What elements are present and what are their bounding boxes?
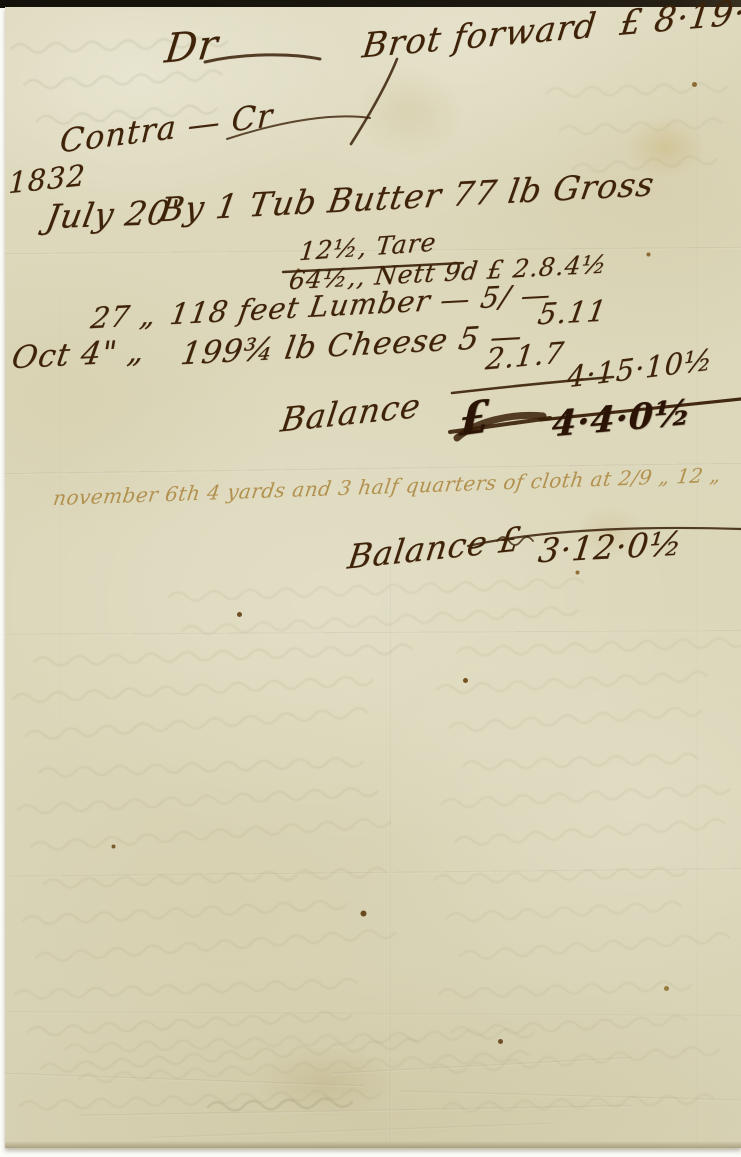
debit-mark: Dr bbox=[162, 21, 221, 72]
subtotal-amount: 4·15·10½ bbox=[566, 342, 714, 394]
ink-specks bbox=[5, 7, 8, 10]
brought-forward-line: Brot forward £ 8·19·11 bbox=[360, 0, 741, 67]
entry-amount: 5.11 bbox=[536, 293, 610, 331]
paper-bottom-edge bbox=[5, 1141, 741, 1148]
brought-forward-label: Brot forward bbox=[360, 6, 599, 67]
brought-forward-amount: £ 8·19·11 bbox=[618, 0, 741, 44]
fold-crease bbox=[5, 630, 741, 636]
dash-after-dr bbox=[205, 55, 320, 62]
final-balance-label: Balance £ bbox=[345, 519, 524, 577]
crumple-crease bbox=[400, 1091, 741, 1102]
crumple-crease bbox=[150, 1123, 550, 1139]
balance-amount: 4·4·0½ bbox=[551, 392, 693, 446]
balance-currency: £ bbox=[458, 391, 491, 447]
entry-text: By 1 Tub Butter 77 lb Gross bbox=[157, 164, 658, 229]
entry-date: 27 „ bbox=[89, 298, 160, 336]
fold-crease bbox=[5, 868, 741, 878]
fold-crease bbox=[5, 1011, 741, 1017]
balance-label: Balance bbox=[278, 385, 423, 439]
paper-sheet: Dr Brot forward £ 8·19·11 Contra — Cr 18… bbox=[5, 7, 741, 1148]
fold-crease-vertical bbox=[697, 7, 699, 1148]
fold-crease-vertical bbox=[390, 562, 392, 1148]
scanned-ledger-page: Dr Brot forward £ 8·19·11 Contra — Cr 18… bbox=[0, 0, 741, 1157]
year-label: 1832 bbox=[8, 158, 87, 200]
entry-amount: 2.1.7 bbox=[484, 335, 567, 376]
paper-stain bbox=[355, 67, 465, 157]
entry-date: Oct 4" „ bbox=[9, 333, 148, 376]
contra-heading: Contra — Cr bbox=[59, 96, 274, 161]
final-balance-amount: 3·12·0½ bbox=[536, 523, 685, 570]
